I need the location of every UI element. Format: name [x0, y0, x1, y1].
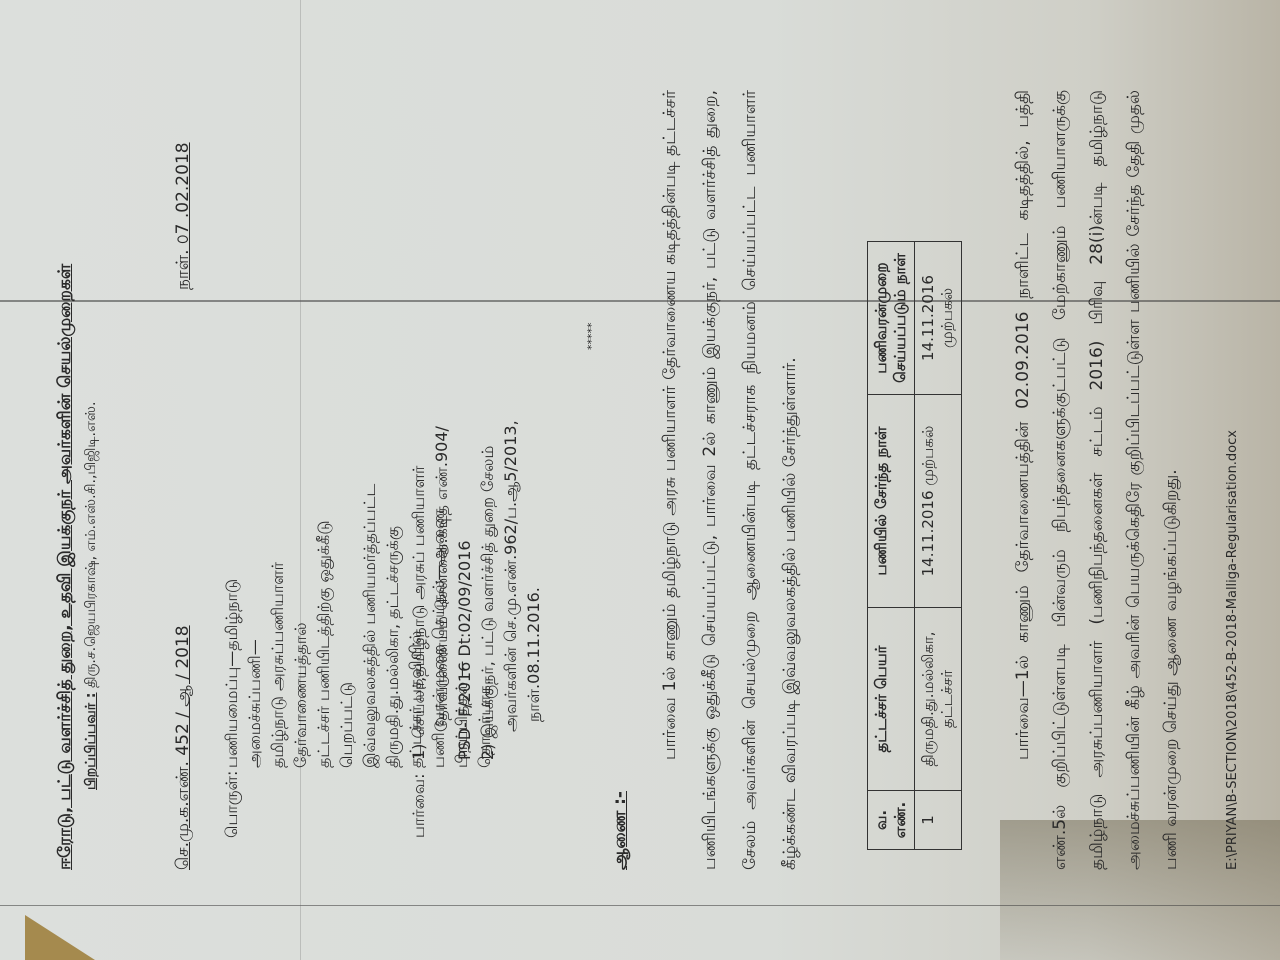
col-header-regularised: பணிவரன்முறை செய்யப்படும் நாள்	[868, 242, 915, 395]
reference-line: இயக்குநர், பட்டு வளர்ச்சித் துறை சேலம்	[478, 446, 497, 739]
cell-regularised: 14.11.2016 முற்பகல்	[915, 242, 962, 395]
issuer-line: பிறப்பிப்பவர் : திரு.ச.ஜெயபிரகாஷ், எம்.எ…	[83, 402, 101, 790]
subject-line: தட்டச்சர் பணியிடத்திற்கு ஒதுக்கீடு பெறப்…	[312, 478, 358, 768]
subject-line: பணியமைப்பு—தமிழ்நாடு அமைச்சுப்பணி—	[220, 478, 266, 768]
cell-joined: 14.11.2016 முற்பகல்	[915, 395, 962, 608]
issuer-name: திரு.ச.ஜெயபிரகாஷ், எம்.எஸ்.சி.,பிஜிடி.எஸ…	[83, 402, 99, 688]
references-block: பார்வை: 1) செயலர்,தமிழ்நாடு அரசுப் பணியா…	[407, 238, 545, 838]
subject-label: பொருள்:	[222, 771, 241, 838]
reference-line: அவர்களின் செ.மு.எண்.962/ப.ஆ5/2013,	[499, 238, 522, 760]
reference-line: செயலர்,தமிழ்நாடு அரசுப் பணியாளர்	[409, 466, 428, 739]
order-paragraph-2: பார்வை—1ல் காணும் தேர்வாணையத்தின் 02.09.…	[1005, 90, 1190, 870]
reference-line: தேர்வாணையம் சென்னை.கடித எண்.904/	[430, 238, 453, 760]
reference-number: செ.மு.க.எண். 452 / ஆ / 2018	[173, 625, 195, 870]
desk-corner	[25, 915, 95, 960]
col-header-sno: வ. எண்.	[868, 791, 915, 850]
cell-sno: 1	[915, 791, 962, 850]
cell-name: திருமதி.து.மல்லிகா, தட்டச்சர்	[915, 608, 962, 791]
order-heading: ஆணை :-	[610, 791, 632, 870]
separator-stars: *****	[585, 323, 598, 351]
reference-number-1: 1)	[409, 744, 428, 760]
table-row: 1 திருமதி.து.மல்லிகா, தட்டச்சர் 14.11.20…	[915, 242, 962, 850]
table-header-row: வ. எண். தட்டச்சர் பெயர் பணியில் சேர்ந்த …	[868, 242, 915, 850]
order-date: நாள். ௦7 .02.2018	[173, 142, 195, 290]
subject-line: தமிழ்நாடு அரசுப்பணியாளர் தேர்வாணையத்தால்	[266, 478, 312, 768]
reference-line: நாள்.08.11.2016.	[522, 238, 545, 760]
reference-number-2: 2)	[478, 744, 497, 760]
appointment-table: வ. எண். தட்டச்சர் பெயர் பணியில் சேர்ந்த …	[867, 241, 962, 850]
references-label: பார்வை:	[407, 774, 430, 838]
order-paragraph-1: பார்வை 1ல் காணும் தமிழ்நாடு அரசு பணியாளர…	[650, 90, 810, 870]
reference-line: PSD- F/2016 Dt:02/09/2016	[453, 238, 476, 760]
col-header-name: தட்டச்சர் பெயர்	[868, 608, 915, 791]
issuer-label: பிறப்பிப்பவர் :	[83, 692, 99, 790]
reference-item: 2) இயக்குநர், பட்டு வளர்ச்சித் துறை சேலம…	[476, 238, 545, 838]
document-page: ஈரோடு, பட்டு வளர்ச்சித் துறை, உதவி இயக்க…	[25, 50, 1255, 910]
office-header-title: ஈரோடு, பட்டு வளர்ச்சித் துறை, உதவி இயக்க…	[55, 264, 77, 870]
reference-item: பார்வை: 1) செயலர்,தமிழ்நாடு அரசுப் பணியா…	[407, 238, 476, 838]
file-path-footer: E:\PRIYAN\B-SECTION\2018\452-B-2018-Mall…	[1225, 430, 1240, 870]
col-header-joined: பணியில் சேர்ந்த நாள்	[868, 395, 915, 608]
subject-line: இவ்வலுவலகத்தில் பணியமர்த்தப்பட்ட	[358, 478, 381, 768]
